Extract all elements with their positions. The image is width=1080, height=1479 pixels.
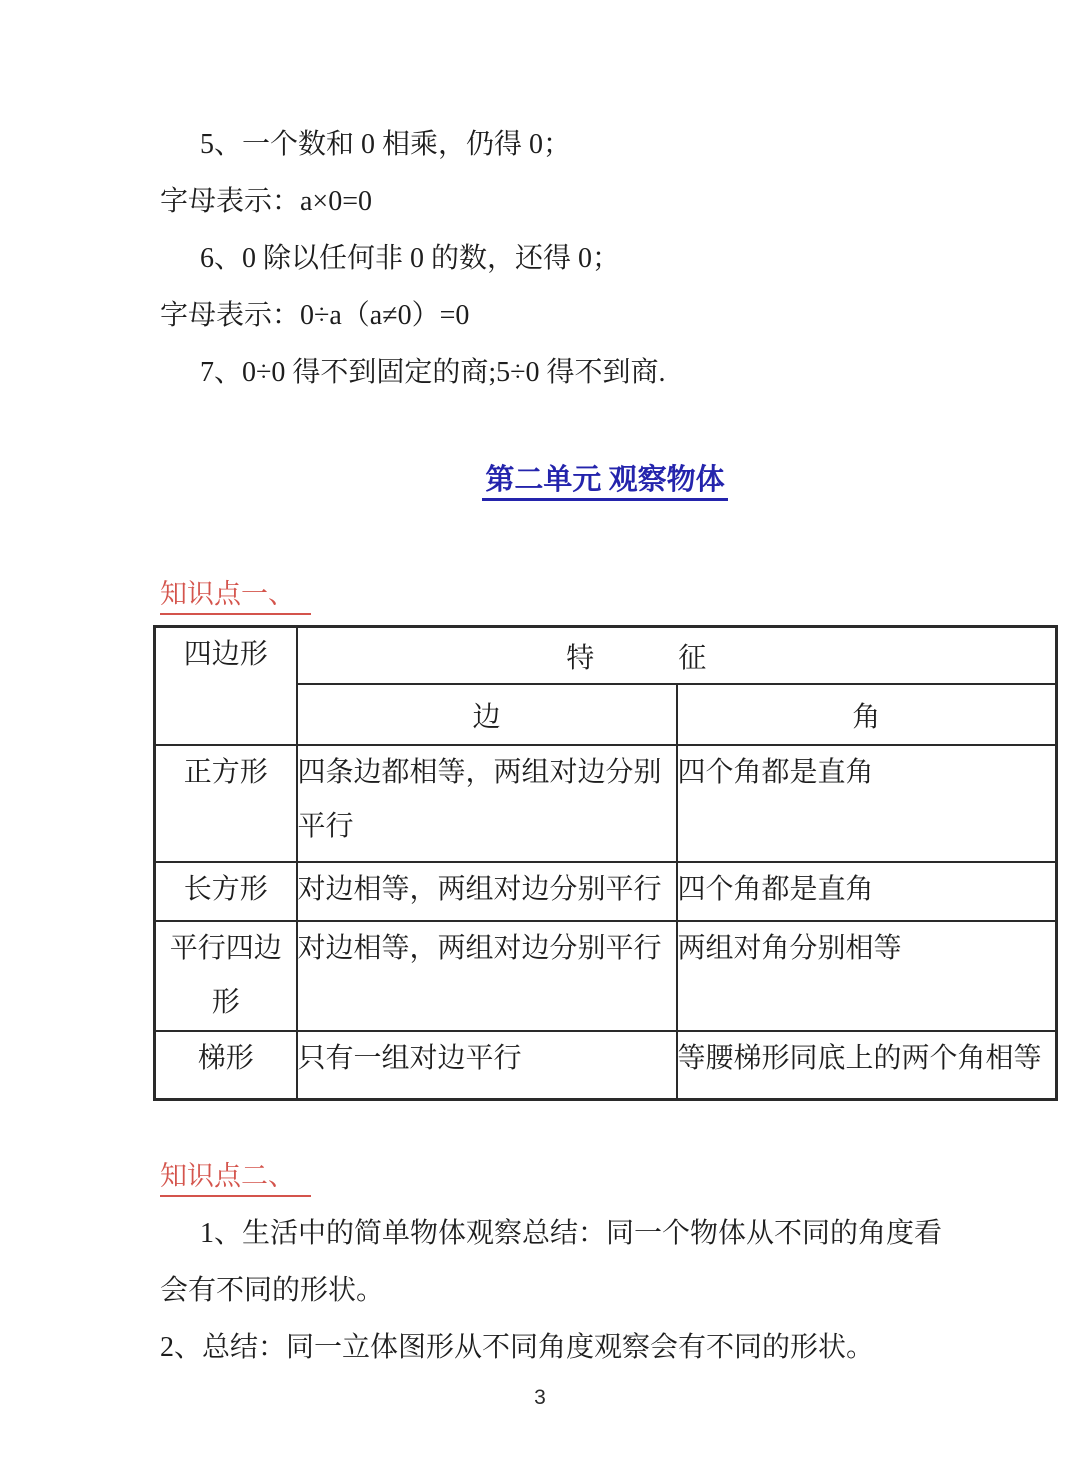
rule-5-formula: 字母表示：a×0=0 <box>160 173 1050 230</box>
parallelogram-side-cell: 对边相等，两组对边分别平行 <box>297 921 677 1031</box>
knowledge-point-2-text: 知识点二、 <box>160 1161 311 1197</box>
rule-item-6: 6、0 除以任何非 0 的数，还得 0； <box>160 230 1050 287</box>
quadrilateral-table: 四边形 特 征 边 角 正方形 四条边都相等，两组对边分别平行 四个角都是直角 … <box>153 625 1058 1101</box>
table-header-row-1: 四边形 特 征 <box>155 627 1057 685</box>
table-header-quadrilateral: 四边形 <box>155 627 297 746</box>
rectangle-name-cell: 长方形 <box>155 862 297 921</box>
table-row-parallelogram: 平行四边形 对边相等，两组对边分别平行 两组对角分别相等 <box>155 921 1057 1031</box>
table-row-square: 正方形 四条边都相等，两组对边分别平行 四个角都是直角 <box>155 745 1057 862</box>
page-content: 5、一个数和 0 相乘，仍得 0； 字母表示：a×0=0 6、0 除以任何非 0… <box>0 0 1080 1376</box>
square-name-cell: 正方形 <box>155 745 297 862</box>
knowledge-point-1-text: 知识点一、 <box>160 579 311 615</box>
knowledge-point-1-label: 知识点一、 <box>160 577 1050 611</box>
rule-item-5: 5、一个数和 0 相乘，仍得 0； <box>160 116 1050 173</box>
parallelogram-name-cell: 平行四边形 <box>155 921 297 1031</box>
square-side-cell: 四条边都相等，两组对边分别平行 <box>297 745 677 862</box>
table-header-side: 边 <box>297 684 677 745</box>
summary-item-1: 1、生活中的简单物体观察总结：同一个物体从不同的角度看 <box>160 1205 1050 1262</box>
knowledge-point-2-label: 知识点二、 <box>160 1159 1050 1193</box>
table-row-rectangle: 长方形 对边相等，两组对边分别平行 四个角都是直角 <box>155 862 1057 921</box>
table-header-feature: 特 征 <box>297 627 1057 685</box>
page-number: 3 <box>0 1386 1080 1410</box>
parallelogram-angle-cell: 两组对角分别相等 <box>677 921 1057 1031</box>
unit-heading-text: 第二单元 观察物体 <box>482 464 727 501</box>
trapezoid-angle-cell: 等腰梯形同底上的两个角相等 <box>677 1031 1057 1100</box>
table-row-trapezoid: 梯形 只有一组对边平行 等腰梯形同底上的两个角相等 <box>155 1031 1057 1100</box>
rule-6-formula: 字母表示：0÷a（a≠0）=0 <box>160 287 1050 344</box>
rectangle-side-cell: 对边相等，两组对边分别平行 <box>297 862 677 921</box>
unit-heading: 第二单元 观察物体 <box>160 457 1050 503</box>
square-angle-cell: 四个角都是直角 <box>677 745 1057 862</box>
summary-item-1-continued: 会有不同的形状。 <box>160 1262 1050 1319</box>
summary-item-2: 2、总结：同一立体图形从不同角度观察会有不同的形状。 <box>160 1319 1050 1376</box>
table-header-angle: 角 <box>677 684 1057 745</box>
rule-item-7: 7、0÷0 得不到固定的商;5÷0 得不到商. <box>160 344 1050 401</box>
trapezoid-name-cell: 梯形 <box>155 1031 297 1100</box>
trapezoid-side-cell: 只有一组对边平行 <box>297 1031 677 1100</box>
rectangle-angle-cell: 四个角都是直角 <box>677 862 1057 921</box>
document-page: 5、一个数和 0 相乘，仍得 0； 字母表示：a×0=0 6、0 除以任何非 0… <box>0 0 1080 1479</box>
